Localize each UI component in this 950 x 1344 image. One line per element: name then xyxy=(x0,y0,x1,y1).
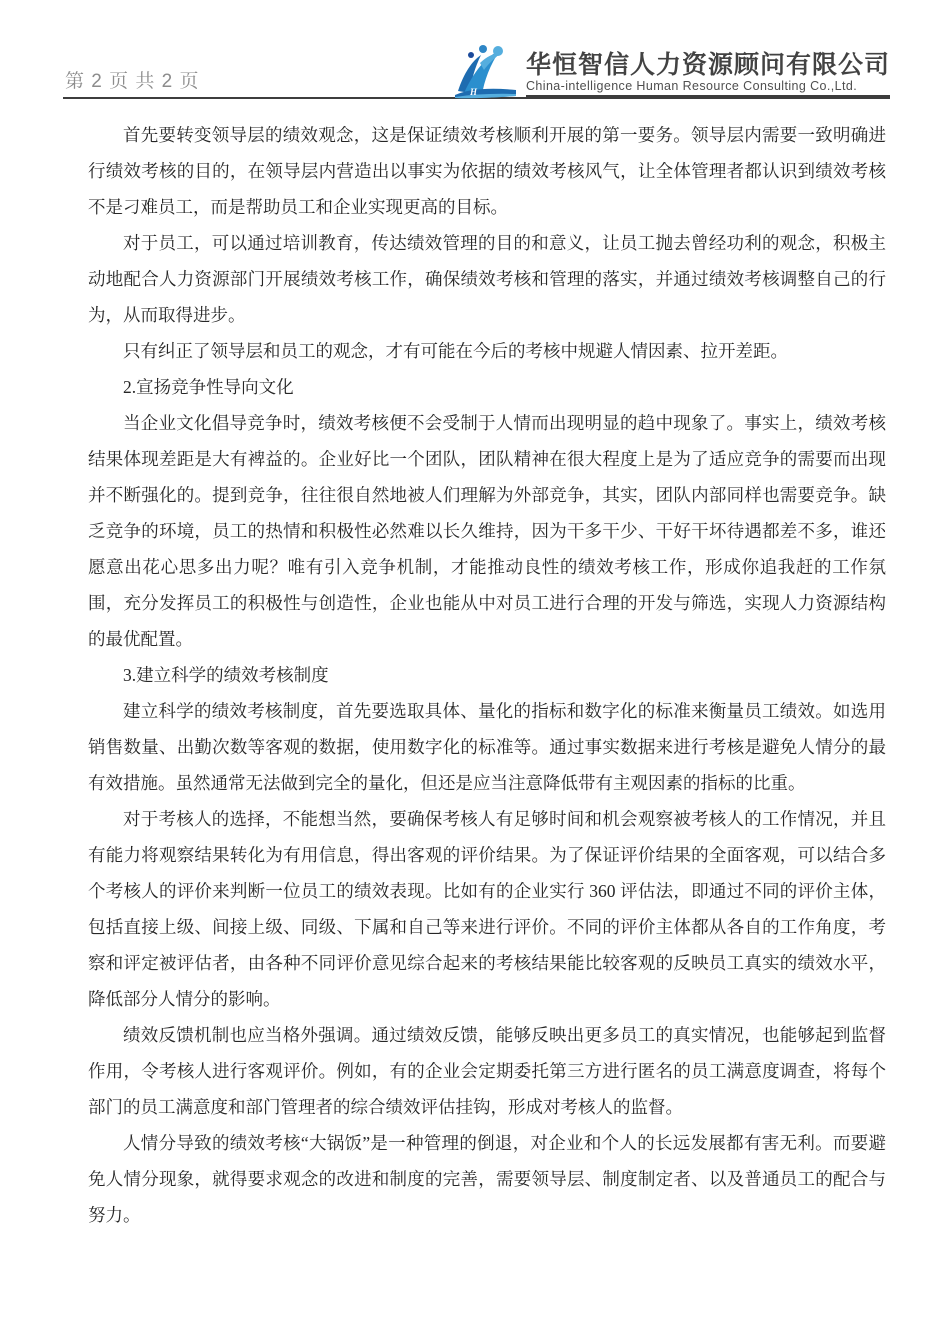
page-header: 第 2 页 共 2 页 H xyxy=(63,0,890,99)
paragraph-4: 当企业文化倡导竞争时，绩效考核便不会受制于人情而出现明显的趋中现象了。事实上，绩… xyxy=(88,405,886,657)
company-name-zh: 华恒智信人力资源顾问有限公司 xyxy=(526,52,890,80)
company-name-en: China-intelligence Human Resource Consul… xyxy=(526,79,890,97)
paragraph-3: 只有纠正了领导层和员工的观念，才有可能在今后的考核中规避人情因素、拉开差距。 xyxy=(88,333,886,369)
company-logo-text: 华恒智信人力资源顾问有限公司 China-intelligence Human … xyxy=(526,52,890,98)
document-page: 第 2 页 共 2 页 H xyxy=(0,0,950,1344)
paragraph-2: 对于员工，可以通过培训教育，传达绩效管理的目的和意义，让员工抛去曾经功利的观念，… xyxy=(88,225,886,333)
page-number-indicator: 第 2 页 共 2 页 xyxy=(65,66,200,93)
company-logo-icon: H xyxy=(454,43,518,101)
company-logo: H 华恒智信人力资源顾问有限公司 China-intelligence Huma… xyxy=(454,39,890,97)
paragraph-7: 绩效反馈机制也应当格外强调。通过绩效反馈，能够反映出更多员工的真实情况，也能够起… xyxy=(88,1017,886,1125)
logo-letter-h: H xyxy=(469,87,478,97)
document-body: 首先要转变领导层的绩效观念，这是保证绩效考核顺利开展的第一要务。领导层内需要一致… xyxy=(88,117,886,1233)
section-heading-2: 2.宣扬竞争性导向文化 xyxy=(88,369,886,405)
paragraph-6: 对于考核人的选择，不能想当然，要确保考核人有足够时间和机会观察被考核人的工作情况… xyxy=(88,801,886,1017)
section-heading-3: 3.建立科学的绩效考核制度 xyxy=(88,657,886,693)
paragraph-1: 首先要转变领导层的绩效观念，这是保证绩效考核顺利开展的第一要务。领导层内需要一致… xyxy=(88,117,886,225)
paragraph-5: 建立科学的绩效考核制度，首先要选取具体、量化的指标和数字化的标准来衡量员工绩效。… xyxy=(88,693,886,801)
paragraph-8: 人情分导致的绩效考核“大锅饭”是一种管理的倒退，对企业和个人的长远发展都有害无利… xyxy=(88,1125,886,1233)
